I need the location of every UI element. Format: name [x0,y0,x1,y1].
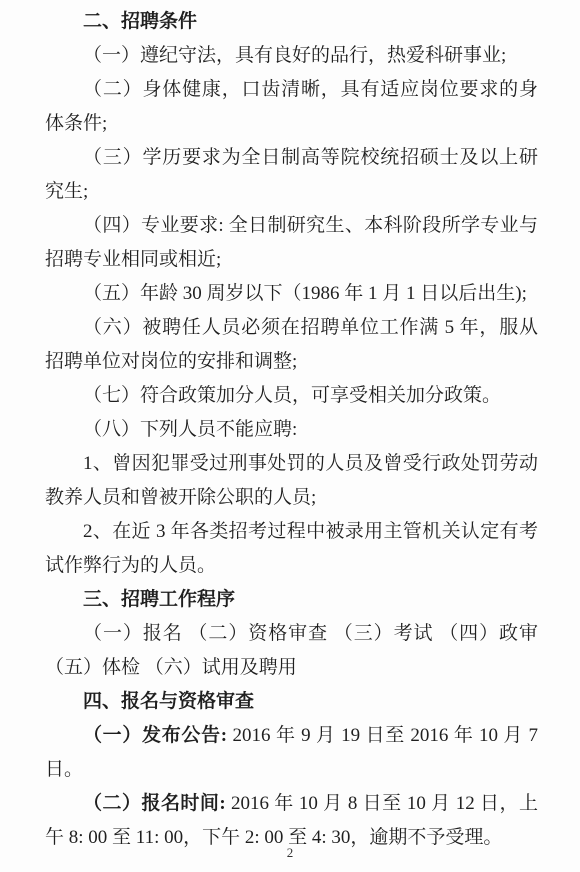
paragraph-bold-label: （二）报名时间: [83,793,226,814]
paragraph: （五）年龄 30 周岁以下（1986 年 1 月 1 日以后出生); [45,277,538,311]
paragraph: （二）身体健康，口齿清晰，具有适应岗位要求的身体条件; [45,73,538,141]
section-heading: 三、招聘工作程序 [45,583,538,617]
document-page: 二、招聘条件（一）遵纪守法，具有良好的品行，热爱科研事业;（二）身体健康，口齿清… [0,0,580,872]
paragraph: （三）学历要求为全日制高等院校统招硕士及以上研究生; [45,141,538,209]
paragraph: （四）专业要求: 全日制研究生、本科阶段所学专业与招聘专业相同或相近; [45,209,538,277]
section-heading: 二、招聘条件 [45,5,538,39]
document-body: 二、招聘条件（一）遵纪守法，具有良好的品行，热爱科研事业;（二）身体健康，口齿清… [45,5,538,855]
paragraph: （六）被聘任人员必须在招聘单位工作满 5 年，服从招聘单位对岗位的安排和调整; [45,311,538,379]
paragraph: （八）下列人员不能应聘: [45,413,538,447]
paragraph: 1、曾因犯罪受过刑事处罚的人员及曾受行政处罚劳动教养人员和曾被开除公职的人员; [45,447,538,515]
page-number: 2 [287,845,294,860]
paragraph: （一）遵纪守法，具有良好的品行，热爱科研事业; [45,39,538,73]
page-footer: 2 [0,844,580,862]
paragraph: 2、在近 3 年各类招考过程中被录用主管机关认定有考试作弊行为的人员。 [45,515,538,583]
paragraph: （一）发布公告: 2016 年 9 月 19 日至 2016 年 10 月 7 … [45,719,538,787]
section-heading: 四、报名与资格审查 [45,685,538,719]
paragraph: （一）报名 （二）资格审查 （三）考试 （四）政审 （五）体检 （六）试用及聘用 [45,617,538,685]
paragraph: （七）符合政策加分人员，可享受相关加分政策。 [45,379,538,413]
paragraph-bold-label: （一）发布公告: [83,725,227,746]
